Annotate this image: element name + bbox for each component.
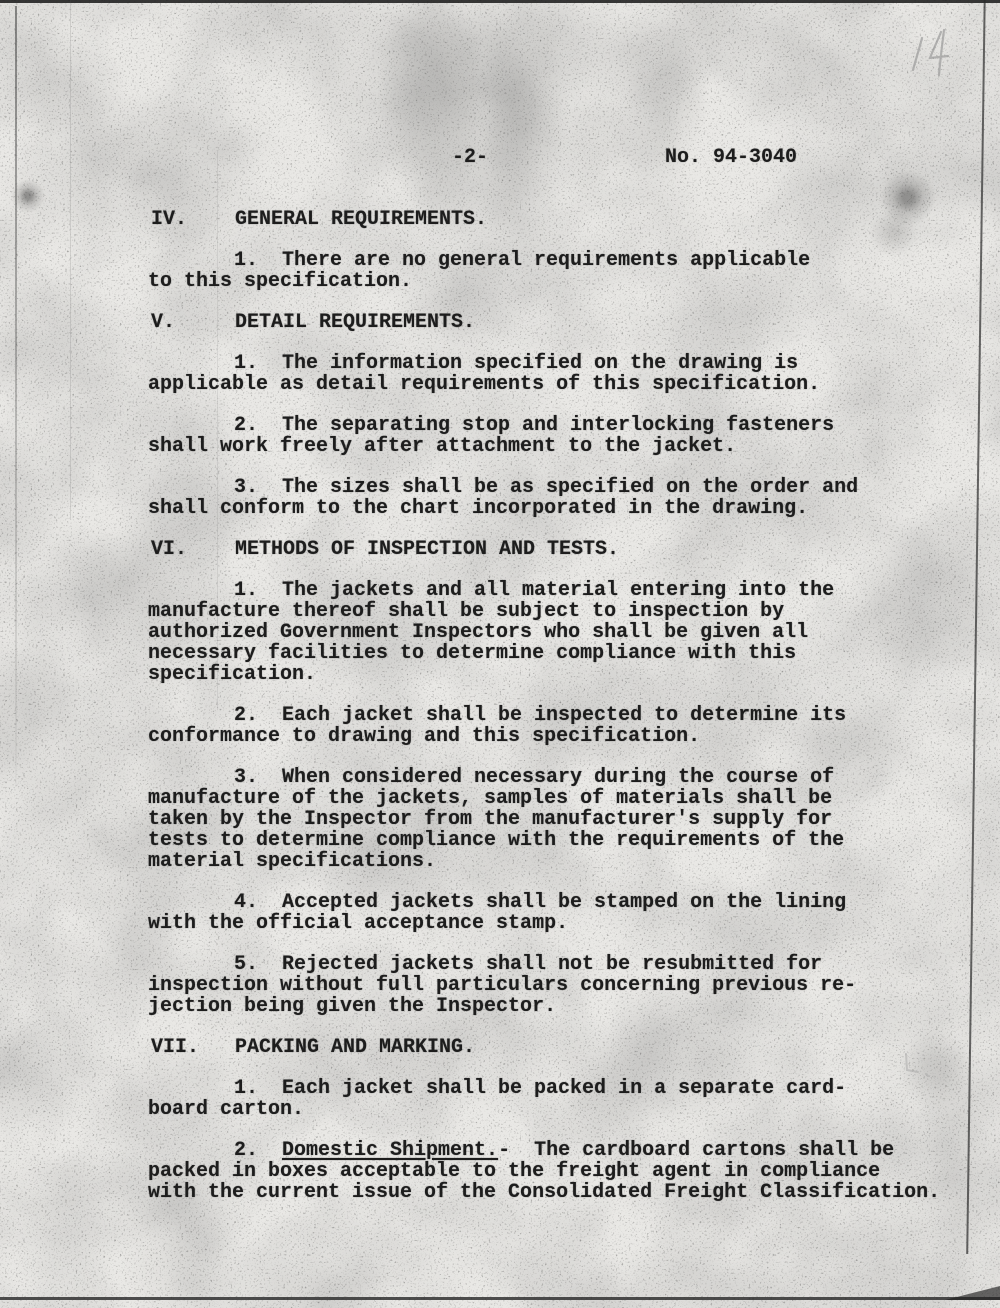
- section-numeral: V.: [151, 312, 235, 333]
- scanned-document-page: -2- No. 94-3040 IV.GENERAL REQUIREMENTS.…: [0, 0, 1000, 1308]
- text-line: to this specification.: [148, 271, 960, 292]
- text-line: 3. When considered necessary during the …: [148, 767, 960, 788]
- text-line: specification.: [148, 664, 960, 685]
- paragraph: 4. Accepted jackets shall be stamped on …: [148, 892, 960, 934]
- paragraph: 1. The information specified on the draw…: [148, 353, 960, 395]
- text-line: tests to determine compliance with the r…: [148, 830, 960, 851]
- paragraph: 3. The sizes shall be as specified on th…: [148, 477, 960, 519]
- text-line: 1. The information specified on the draw…: [148, 353, 960, 374]
- text-line: conformance to drawing and this specific…: [148, 726, 960, 747]
- text-line: inspection without full particulars conc…: [148, 975, 960, 996]
- paragraph: 3. When considered necessary during the …: [148, 767, 960, 872]
- scan-edge-top: [0, 0, 1000, 3]
- section-title: DETAIL REQUIREMENTS.: [235, 311, 475, 334]
- document-content: -2- No. 94-3040 IV.GENERAL REQUIREMENTS.…: [148, 147, 960, 1203]
- text-line: shall conform to the chart incorporated …: [148, 498, 960, 519]
- section-numeral: IV.: [151, 209, 235, 230]
- text-line: 2. The separating stop and interlocking …: [148, 415, 960, 436]
- paragraph: 5. Rejected jackets shall not be resubmi…: [148, 954, 960, 1017]
- paragraph: 1. Each jacket shall be packed in a sepa…: [148, 1078, 960, 1120]
- paragraph: 2. Domestic Shipment.- The cardboard car…: [148, 1140, 960, 1203]
- text-line: manufacture thereof shall be subject to …: [148, 601, 960, 622]
- paragraph: 2. The separating stop and interlocking …: [148, 415, 960, 457]
- text-line: 3. The sizes shall be as specified on th…: [148, 477, 960, 498]
- text-line: taken by the Inspector from the manufact…: [148, 809, 960, 830]
- paragraph: 2. Each jacket shall be inspected to det…: [148, 705, 960, 747]
- text-line: 2. Each jacket shall be inspected to det…: [148, 705, 960, 726]
- text-line: board carton.: [148, 1099, 960, 1120]
- text-line: packed in boxes acceptable to the freigh…: [148, 1161, 960, 1182]
- text-line: 1. The jackets and all material entering…: [148, 580, 960, 601]
- text-line: necessary facilities to determine compli…: [148, 643, 960, 664]
- text-line: 5. Rejected jackets shall not be resubmi…: [148, 954, 960, 975]
- section-title: GENERAL REQUIREMENTS.: [235, 208, 487, 231]
- paragraph: 1. There are no general requirements app…: [148, 250, 960, 292]
- text-line: jection being given the Inspector.: [148, 996, 960, 1017]
- page-number: -2-: [452, 147, 488, 168]
- pencil-mark-icon: [893, 18, 963, 78]
- section-numeral: VII.: [151, 1037, 235, 1058]
- paragraph: 1. The jackets and all material entering…: [148, 580, 960, 685]
- paper-corner-shadow: [945, 1286, 1000, 1300]
- underlined-text: Domestic Shipment.: [282, 1139, 498, 1162]
- text-line: with the current issue of the Consolidat…: [148, 1182, 960, 1203]
- text-line: applicable as detail requirements of thi…: [148, 374, 960, 395]
- scan-edge-left: [15, 6, 17, 786]
- text-line: with the official acceptance stamp.: [148, 913, 960, 934]
- section-numeral: VI.: [151, 539, 235, 560]
- text-line: material specifications.: [148, 851, 960, 872]
- section-heading: VI.METHODS OF INSPECTION AND TESTS.: [148, 539, 960, 560]
- section-heading: IV.GENERAL REQUIREMENTS.: [148, 209, 960, 230]
- text-line: 2. Domestic Shipment.- The cardboard car…: [148, 1140, 960, 1161]
- text-line: authorized Government Inspectors who sha…: [148, 622, 960, 643]
- spec-number: No. 94-3040: [665, 147, 797, 168]
- scan-edge-right: [966, 0, 986, 1254]
- document-header: -2- No. 94-3040: [148, 147, 960, 168]
- section-heading: V.DETAIL REQUIREMENTS.: [148, 312, 960, 333]
- text-line: 1. Each jacket shall be packed in a sepa…: [148, 1078, 960, 1099]
- section-heading: VII.PACKING AND MARKING.: [148, 1037, 960, 1058]
- text-line: shall work freely after attachment to th…: [148, 436, 960, 457]
- scan-edge-bottom: [0, 1297, 1000, 1300]
- section-title: METHODS OF INSPECTION AND TESTS.: [235, 538, 619, 561]
- text-line: 1. There are no general requirements app…: [148, 250, 960, 271]
- text-line: manufacture of the jackets, samples of m…: [148, 788, 960, 809]
- section-title: PACKING AND MARKING.: [235, 1036, 475, 1059]
- document-body: IV.GENERAL REQUIREMENTS.1. There are no …: [148, 209, 960, 1203]
- text-line: 4. Accepted jackets shall be stamped on …: [148, 892, 960, 913]
- paper-fold-line: [70, 0, 71, 520]
